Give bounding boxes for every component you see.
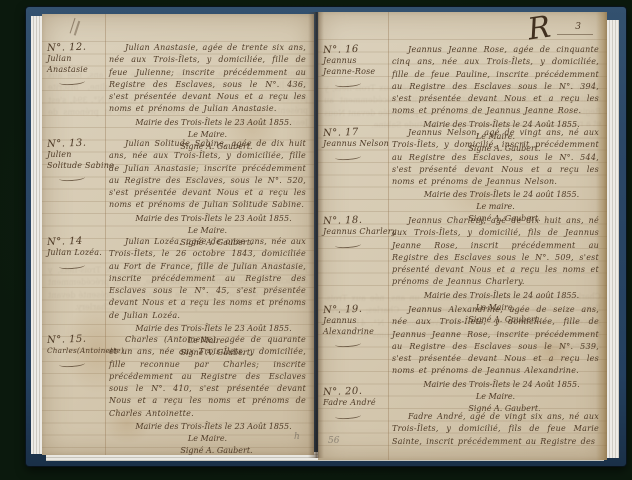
stray-pen-marks	[70, 18, 78, 34]
entry-margin-name: Julian Lozéa.	[47, 248, 104, 259]
entry-number: N°. 17	[323, 126, 387, 140]
entry-margin-name: Jeannus Nelson	[323, 139, 387, 150]
entry-number: N°. 14	[47, 235, 104, 249]
entry-number: N°. 16	[323, 43, 387, 57]
entry-body: Jeannus Alexandrine, agée de seize ans, …	[392, 304, 599, 378]
closing-title: Le Maire.	[109, 433, 306, 445]
entry-number: N°. 12.	[47, 41, 104, 55]
pencil-mark: 56	[328, 436, 339, 446]
entry-body: Jeannus Nelson, agé de vingt ans, né aux…	[392, 127, 599, 188]
entry-margin-name: Julian	[47, 54, 104, 65]
margin-flourish	[59, 360, 85, 368]
book-gutter	[308, 12, 324, 458]
left-page: Jeannus Jeanne Rose, agée de cinquante c…	[42, 14, 314, 455]
entry-body: Jeannus Charlery, agé de dix huit ans, n…	[392, 215, 599, 289]
entry-17: N°. 17 Jeannus Nelson Jeannus Nelson, ag…	[318, 127, 607, 225]
entry-20: N°. 20. Fadre André Fadre André, agé de …	[318, 386, 607, 448]
entry-margin-name: Alexandrine	[323, 327, 387, 338]
entry-body: Charles (Antoinette), agée de quarante e…	[109, 334, 306, 420]
entry-body: Fadre André, agé de vingt six ans, né au…	[392, 411, 599, 448]
entry-number: N°. 13.	[47, 137, 104, 151]
right-page: Julian Solitude Sabine, agée de dix huit…	[318, 12, 607, 460]
entry-margin-name: Jeannus	[323, 56, 387, 67]
closing-title: Le Maire.	[109, 225, 306, 237]
margin-flourish	[59, 262, 85, 270]
closing-signature: Signé A. Gaubert.	[109, 445, 306, 455]
folio-page-number: 3	[575, 22, 581, 32]
entry-margin-name: Jeanne-Rose	[323, 67, 387, 78]
margin-flourish	[59, 174, 85, 182]
margin-flourish	[335, 412, 361, 420]
margin-flourish	[335, 340, 361, 348]
pencil-mark: h	[294, 432, 300, 442]
entry-12: N°. 12. Julian Anastasie Julian Anastasi…	[42, 42, 314, 153]
margin-flourish	[335, 80, 361, 88]
margin-flourish	[335, 153, 361, 161]
entry-body: Julian Solitude Sabine, agée de dix huit…	[109, 138, 306, 212]
entry-number: N°. 15.	[47, 333, 104, 347]
entry-number: N°. 19.	[323, 303, 387, 317]
entry-margin-name: Charles(Antoinette)	[47, 346, 104, 357]
entry-margin-name: Solitude Sabine	[47, 161, 104, 172]
closing-place-date: Mairie des Trois-Îlets le 23 Août 1855.	[109, 213, 306, 225]
entry-margin-name: Jeannus	[323, 316, 387, 327]
entry-margin-name: Fadre André	[323, 398, 387, 409]
entry-body: Julian Lozéa, agée de onze ans, née aux …	[109, 236, 306, 322]
entry-margin-name: Julien	[47, 150, 104, 161]
closing-place-date: Mairie des Trois-Îlets le 24 août 1855.	[392, 189, 599, 201]
folio-underline	[557, 34, 593, 35]
entry-number: N°. 20.	[323, 385, 387, 399]
closing-place-date: Mairie des Trois-Îlets le 23 Août 1855.	[109, 421, 306, 433]
margin-flourish	[59, 78, 85, 86]
entry-margin-name: Jeannus Charlery	[323, 227, 387, 238]
entry-margin-name: Anastasie	[47, 65, 104, 76]
entry-number: N°. 18.	[323, 214, 387, 228]
corner-initial-mark: R	[526, 12, 553, 47]
archive-scan: Jeannus Jeanne Rose, agée de cinquante c…	[0, 0, 632, 480]
entry-13: N°. 13. Julien Solitude Sabine Julian So…	[42, 138, 314, 249]
closing-place-date: Mairie des Trois-Îlets le 23 Août 1855.	[109, 117, 306, 129]
entry-15: N°. 15. Charles(Antoinette) Charles (Ant…	[42, 334, 314, 455]
entry-body: Jeannus Jeanne Rose, agée de cinquante c…	[392, 44, 599, 118]
margin-flourish	[335, 241, 361, 249]
closing-title: Le maire.	[392, 201, 599, 213]
page-edge-stack-right	[606, 20, 619, 458]
closing-place-date: Mairie des Trois-Îlets le 24 août 1855.	[392, 290, 599, 302]
entry-body: Julian Anastasie, agée de trente six ans…	[109, 42, 306, 116]
